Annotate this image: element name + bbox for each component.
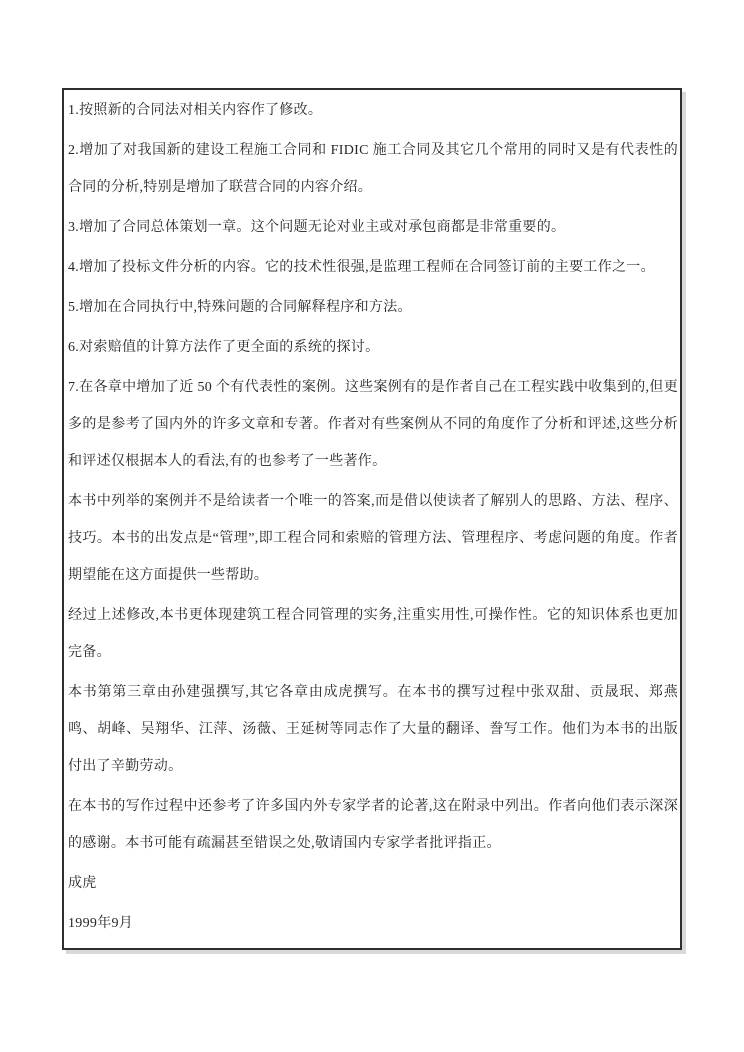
date-line: 1999年9月 bbox=[68, 905, 678, 942]
preface-paragraph-2: 2.增加了对我国新的建设工程施工合同和 FIDIC 施工合同及其它几个常用的同时… bbox=[68, 132, 678, 206]
preface-paragraph-10: 本书第第三章由孙建强撰写,其它各章由成虎撰写。在本书的撰写过程中张双甜、贡晟珉、… bbox=[68, 674, 678, 785]
preface-paragraph-6: 6.对索赔值的计算方法作了更全面的系统的探讨。 bbox=[68, 329, 678, 366]
preface-paragraph-8: 本书中列举的案例并不是给读者一个唯一的答案,而是借以使读者了解别人的思路、方法、… bbox=[68, 483, 678, 594]
preface-text: 1.按照新的合同法对相关内容作了修改。 2.增加了对我国新的建设工程施工合同和 … bbox=[68, 92, 678, 942]
preface-paragraph-3: 3.增加了合同总体策划一章。这个问题无论对业主或对承包商都是非常重要的。 bbox=[68, 209, 678, 246]
preface-paragraph-4: 4.增加了投标文件分析的内容。它的技术性很强,是监理工程师在合同签订前的主要工作… bbox=[68, 249, 678, 286]
preface-paragraph-7: 7.在各章中增加了近 50 个有代表性的案例。这些案例有的是作者自己在工程实践中… bbox=[68, 369, 678, 480]
document-page: 1.按照新的合同法对相关内容作了修改。 2.增加了对我国新的建设工程施工合同和 … bbox=[0, 0, 744, 1052]
preface-text-frame: 1.按照新的合同法对相关内容作了修改。 2.增加了对我国新的建设工程施工合同和 … bbox=[62, 88, 682, 950]
author-signature: 成虎 bbox=[68, 865, 678, 902]
preface-paragraph-5: 5.增加在合同执行中,特殊问题的合同解释程序和方法。 bbox=[68, 289, 678, 326]
preface-paragraph-9: 经过上述修改,本书更体现建筑工程合同管理的实务,注重实用性,可操作性。它的知识体… bbox=[68, 597, 678, 671]
preface-paragraph-11: 在本书的写作过程中还参考了许多国内外专家学者的论著,这在附录中列出。作者向他们表… bbox=[68, 788, 678, 862]
preface-paragraph-1: 1.按照新的合同法对相关内容作了修改。 bbox=[68, 92, 678, 129]
